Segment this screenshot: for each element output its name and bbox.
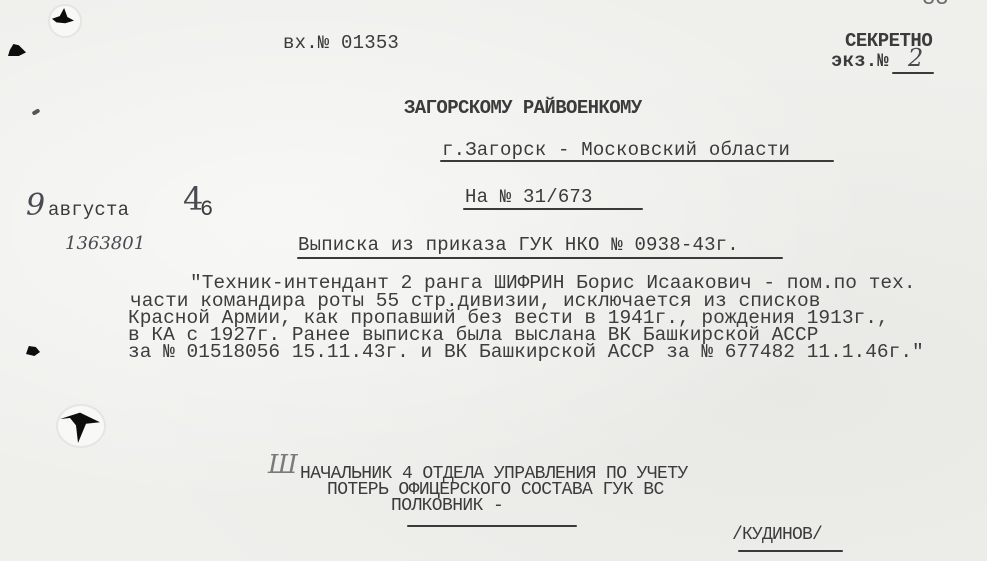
page-number: 33 (922, 0, 948, 11)
incoming-number: вх.№ 01353 (283, 32, 399, 54)
body-line-5: за № 01518056 15.11.43г. и ВК Башкирской… (128, 343, 924, 362)
handwritten-initials: Ш (268, 450, 298, 480)
date-day-handwritten: 9 (26, 188, 45, 223)
signatory-name: /КУДИНОВ/ (732, 525, 822, 545)
addressee-underline (440, 160, 834, 162)
reference-number: На № 31/673 (465, 186, 593, 208)
subject-line: Выписка из приказа ГУК НКО № 0938-43г. (298, 234, 739, 256)
document-page: 33 вх.№ 01353 СЕКРЕТНО экз.№ 2 ЗАГОРСКОМ… (0, 0, 987, 561)
addressee-line-1: ЗАГОРСКОМУ РАЙВОЕНКОМУ (404, 97, 642, 119)
year-typed: 6 (200, 197, 213, 222)
handwritten-registration-number: 1363801 (65, 233, 145, 254)
copy-number-underline (892, 72, 934, 74)
punch-hole-icon (8, 44, 26, 56)
copy-number-handwritten: 2 (908, 44, 923, 72)
signature-line-3: ПОЛКОВНИК - (391, 496, 503, 516)
copy-label: экз.№ (831, 50, 889, 72)
addressee-line-2: г.Загорск - Московский области (442, 139, 790, 161)
subject-underline (297, 257, 783, 259)
date-month: августа (48, 199, 129, 221)
reference-underline (463, 208, 643, 210)
signature-underline (407, 525, 577, 527)
signatory-underline (738, 550, 843, 552)
punch-hole-icon (26, 346, 40, 356)
paper-mark (32, 108, 41, 115)
